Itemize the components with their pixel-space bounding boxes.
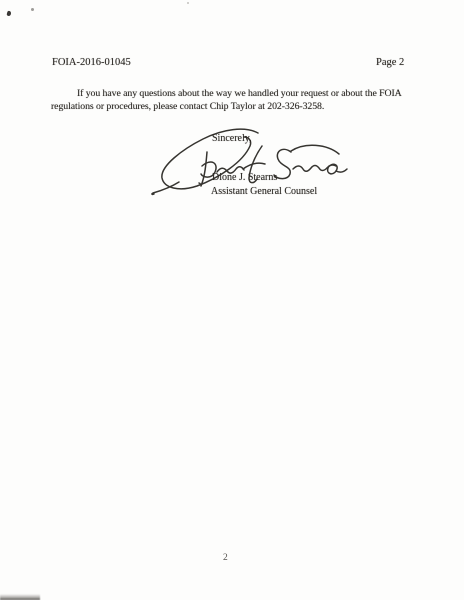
scan-speck-icon (31, 8, 34, 11)
signer-title: Assistant General Counsel (211, 186, 317, 198)
scan-smudge-icon (0, 594, 40, 600)
body-paragraph-line: If you have any questions about the way … (77, 88, 402, 99)
footer-page-number: 2 (223, 553, 228, 564)
body-paragraph-line: regulations or procedures, please contac… (51, 101, 324, 112)
page-label: Page 2 (376, 57, 404, 69)
signer-name: Dione J. Stearns (212, 172, 277, 184)
scanned-letter-page: FOIA-2016-01045 Page 2 If you have any q… (0, 0, 464, 600)
scan-speck-icon (6, 11, 11, 17)
foia-reference-number: FOIA-2016-01045 (52, 57, 131, 69)
scan-speck-icon (187, 2, 189, 4)
